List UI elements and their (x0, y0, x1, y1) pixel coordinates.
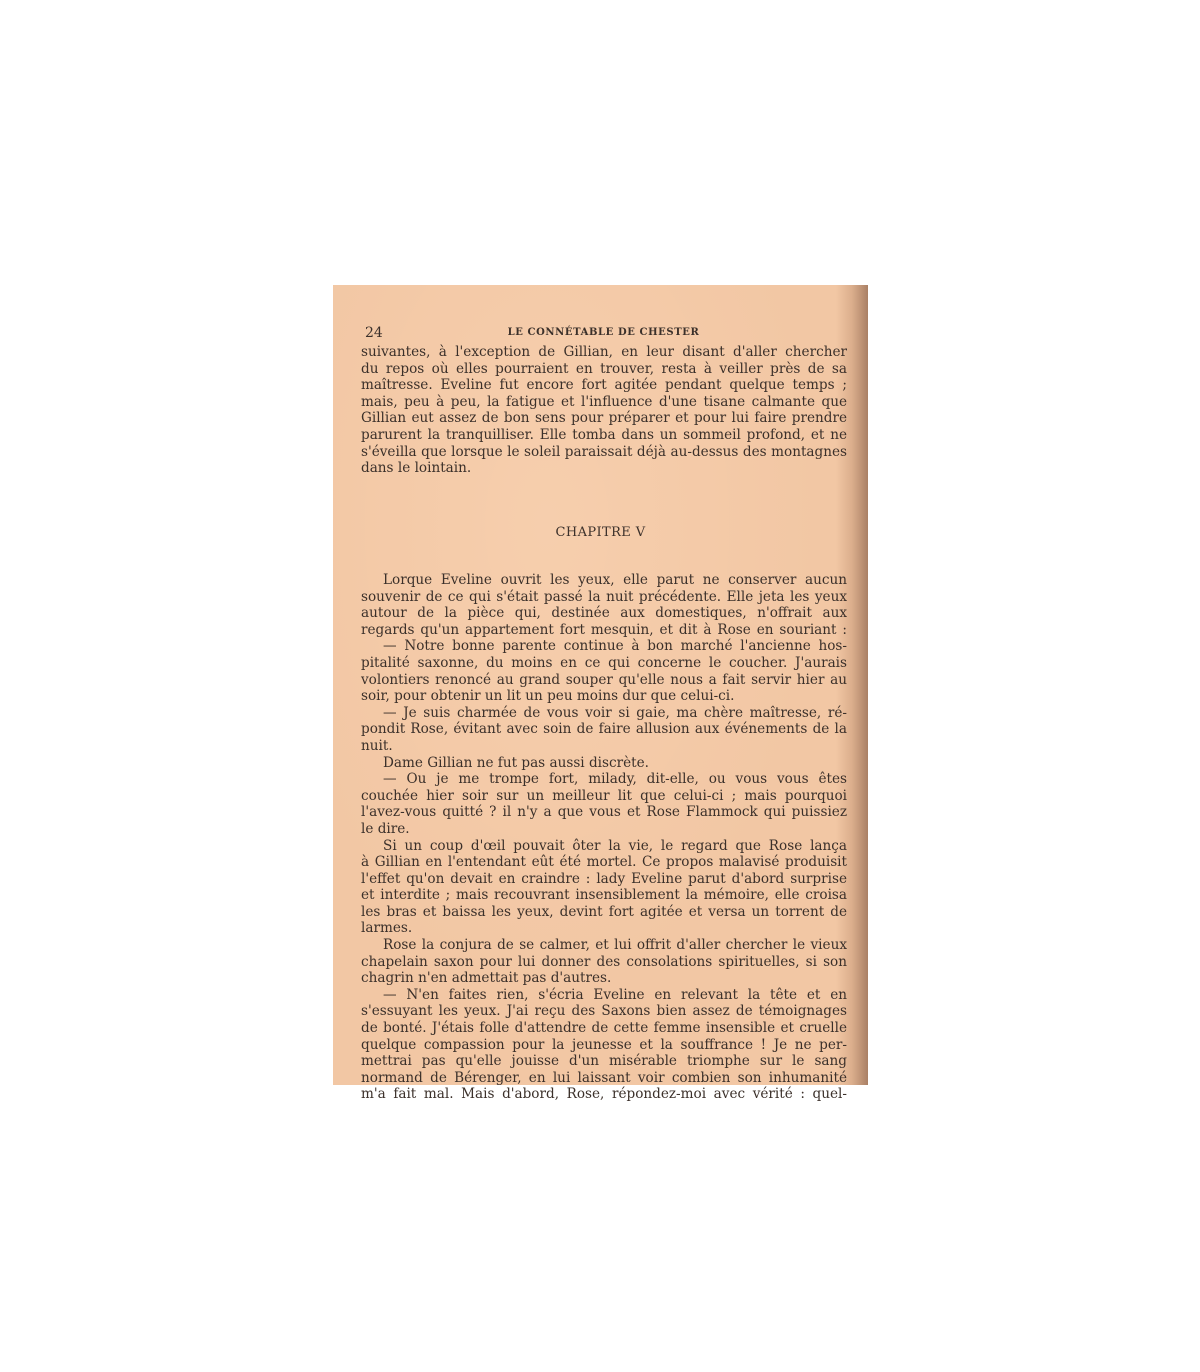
text-line: dans le lointain. (361, 460, 847, 477)
text-line: s'essuyant les yeux. J'ai reçu des Saxon… (361, 1003, 847, 1020)
text-line: mais, peu à peu, la fatigue et l'influen… (361, 394, 847, 411)
text-line: Gillian eut assez de bon sens pour prépa… (361, 410, 847, 427)
text-line: quelque compassion pour la jeunesse et l… (361, 1037, 847, 1054)
text-line: m'a fait mal. Mais d'abord, Rose, répond… (361, 1086, 847, 1103)
text-line: de bonté. J'étais folle d'attendre de ce… (361, 1020, 847, 1037)
text-line: Rose la conjura de se calmer, et lui off… (361, 937, 847, 954)
text-line: parurent la tranquilliser. Elle tomba da… (361, 427, 847, 444)
text-line: Lorque Eveline ouvrit les yeux, elle par… (361, 572, 847, 589)
page-header: 24 LE CONNÉTABLE DE CHESTER (365, 325, 842, 345)
text-line: les bras et baissa les yeux, devint fort… (361, 904, 847, 921)
text-line: couchée hier soir sur un meilleur lit qu… (361, 788, 847, 805)
text-line: normand de Bérenger, en lui laissant voi… (361, 1070, 847, 1087)
text-line: pitalité saxonne, du moins en ce qui con… (361, 655, 847, 672)
text-line: suivantes, à l'exception de Gillian, en … (361, 344, 847, 361)
text-line: — N'en faites rien, s'écria Eveline en r… (361, 987, 847, 1004)
text-line: l'effet qu'on devait en craindre : lady … (361, 871, 847, 888)
text-line: l'avez-vous quitté ? il n'y a que vous e… (361, 804, 847, 821)
text-line: souvenir de ce qui s'était passé la nuit… (361, 589, 847, 606)
text-line: et interdite ; mais recouvrant insensibl… (361, 887, 847, 904)
text-line: à Gillian en l'entendant eût été mortel.… (361, 854, 847, 871)
text-line: Si un coup d'œil pouvait ôter la vie, le… (361, 838, 847, 855)
text-line: — Je suis charmée de vous voir si gaie, … (361, 705, 847, 722)
text-line: s'éveilla que lorsque le soleil paraissa… (361, 444, 847, 461)
text-line: mettrai pas qu'elle jouisse d'un misérab… (361, 1053, 847, 1070)
text-line: chagrin n'en admettait pas d'autres. (361, 970, 847, 987)
chapter-heading: CHAPITRE V (333, 525, 868, 540)
text-line: autour de la pièce qui, destinée aux dom… (361, 605, 847, 622)
text-line: pondit Rose, évitant avec soin de faire … (361, 721, 847, 738)
text-line: volontiers renoncé au grand souper qu'el… (361, 672, 847, 689)
chapter-body: Lorque Eveline ouvrit les yeux, elle par… (361, 572, 847, 1103)
text-line: Dame Gillian ne fut pas aussi discrète. (361, 755, 847, 772)
book-page: 24 LE CONNÉTABLE DE CHESTER suivantes, à… (333, 285, 868, 1085)
text-line: le dire. (361, 821, 847, 838)
text-line: maîtresse. Eveline fut encore fort agité… (361, 377, 847, 394)
text-line: larmes. (361, 920, 847, 937)
text-line: — Ou je me trompe fort, milady, dit-elle… (361, 771, 847, 788)
opening-paragraph: suivantes, à l'exception de Gillian, en … (361, 344, 847, 477)
text-line: soir, pour obtenir un lit un peu moins d… (361, 688, 847, 705)
text-line: du repos où elles pourraient en trouver,… (361, 361, 847, 378)
text-line: nuit. (361, 738, 847, 755)
running-title: LE CONNÉTABLE DE CHESTER (365, 327, 842, 338)
text-line: regards qu'un appartement fort mesquin, … (361, 622, 847, 639)
text-line: chapelain saxon pour lui donner des cons… (361, 954, 847, 971)
text-line: — Notre bonne parente continue à bon mar… (361, 638, 847, 655)
